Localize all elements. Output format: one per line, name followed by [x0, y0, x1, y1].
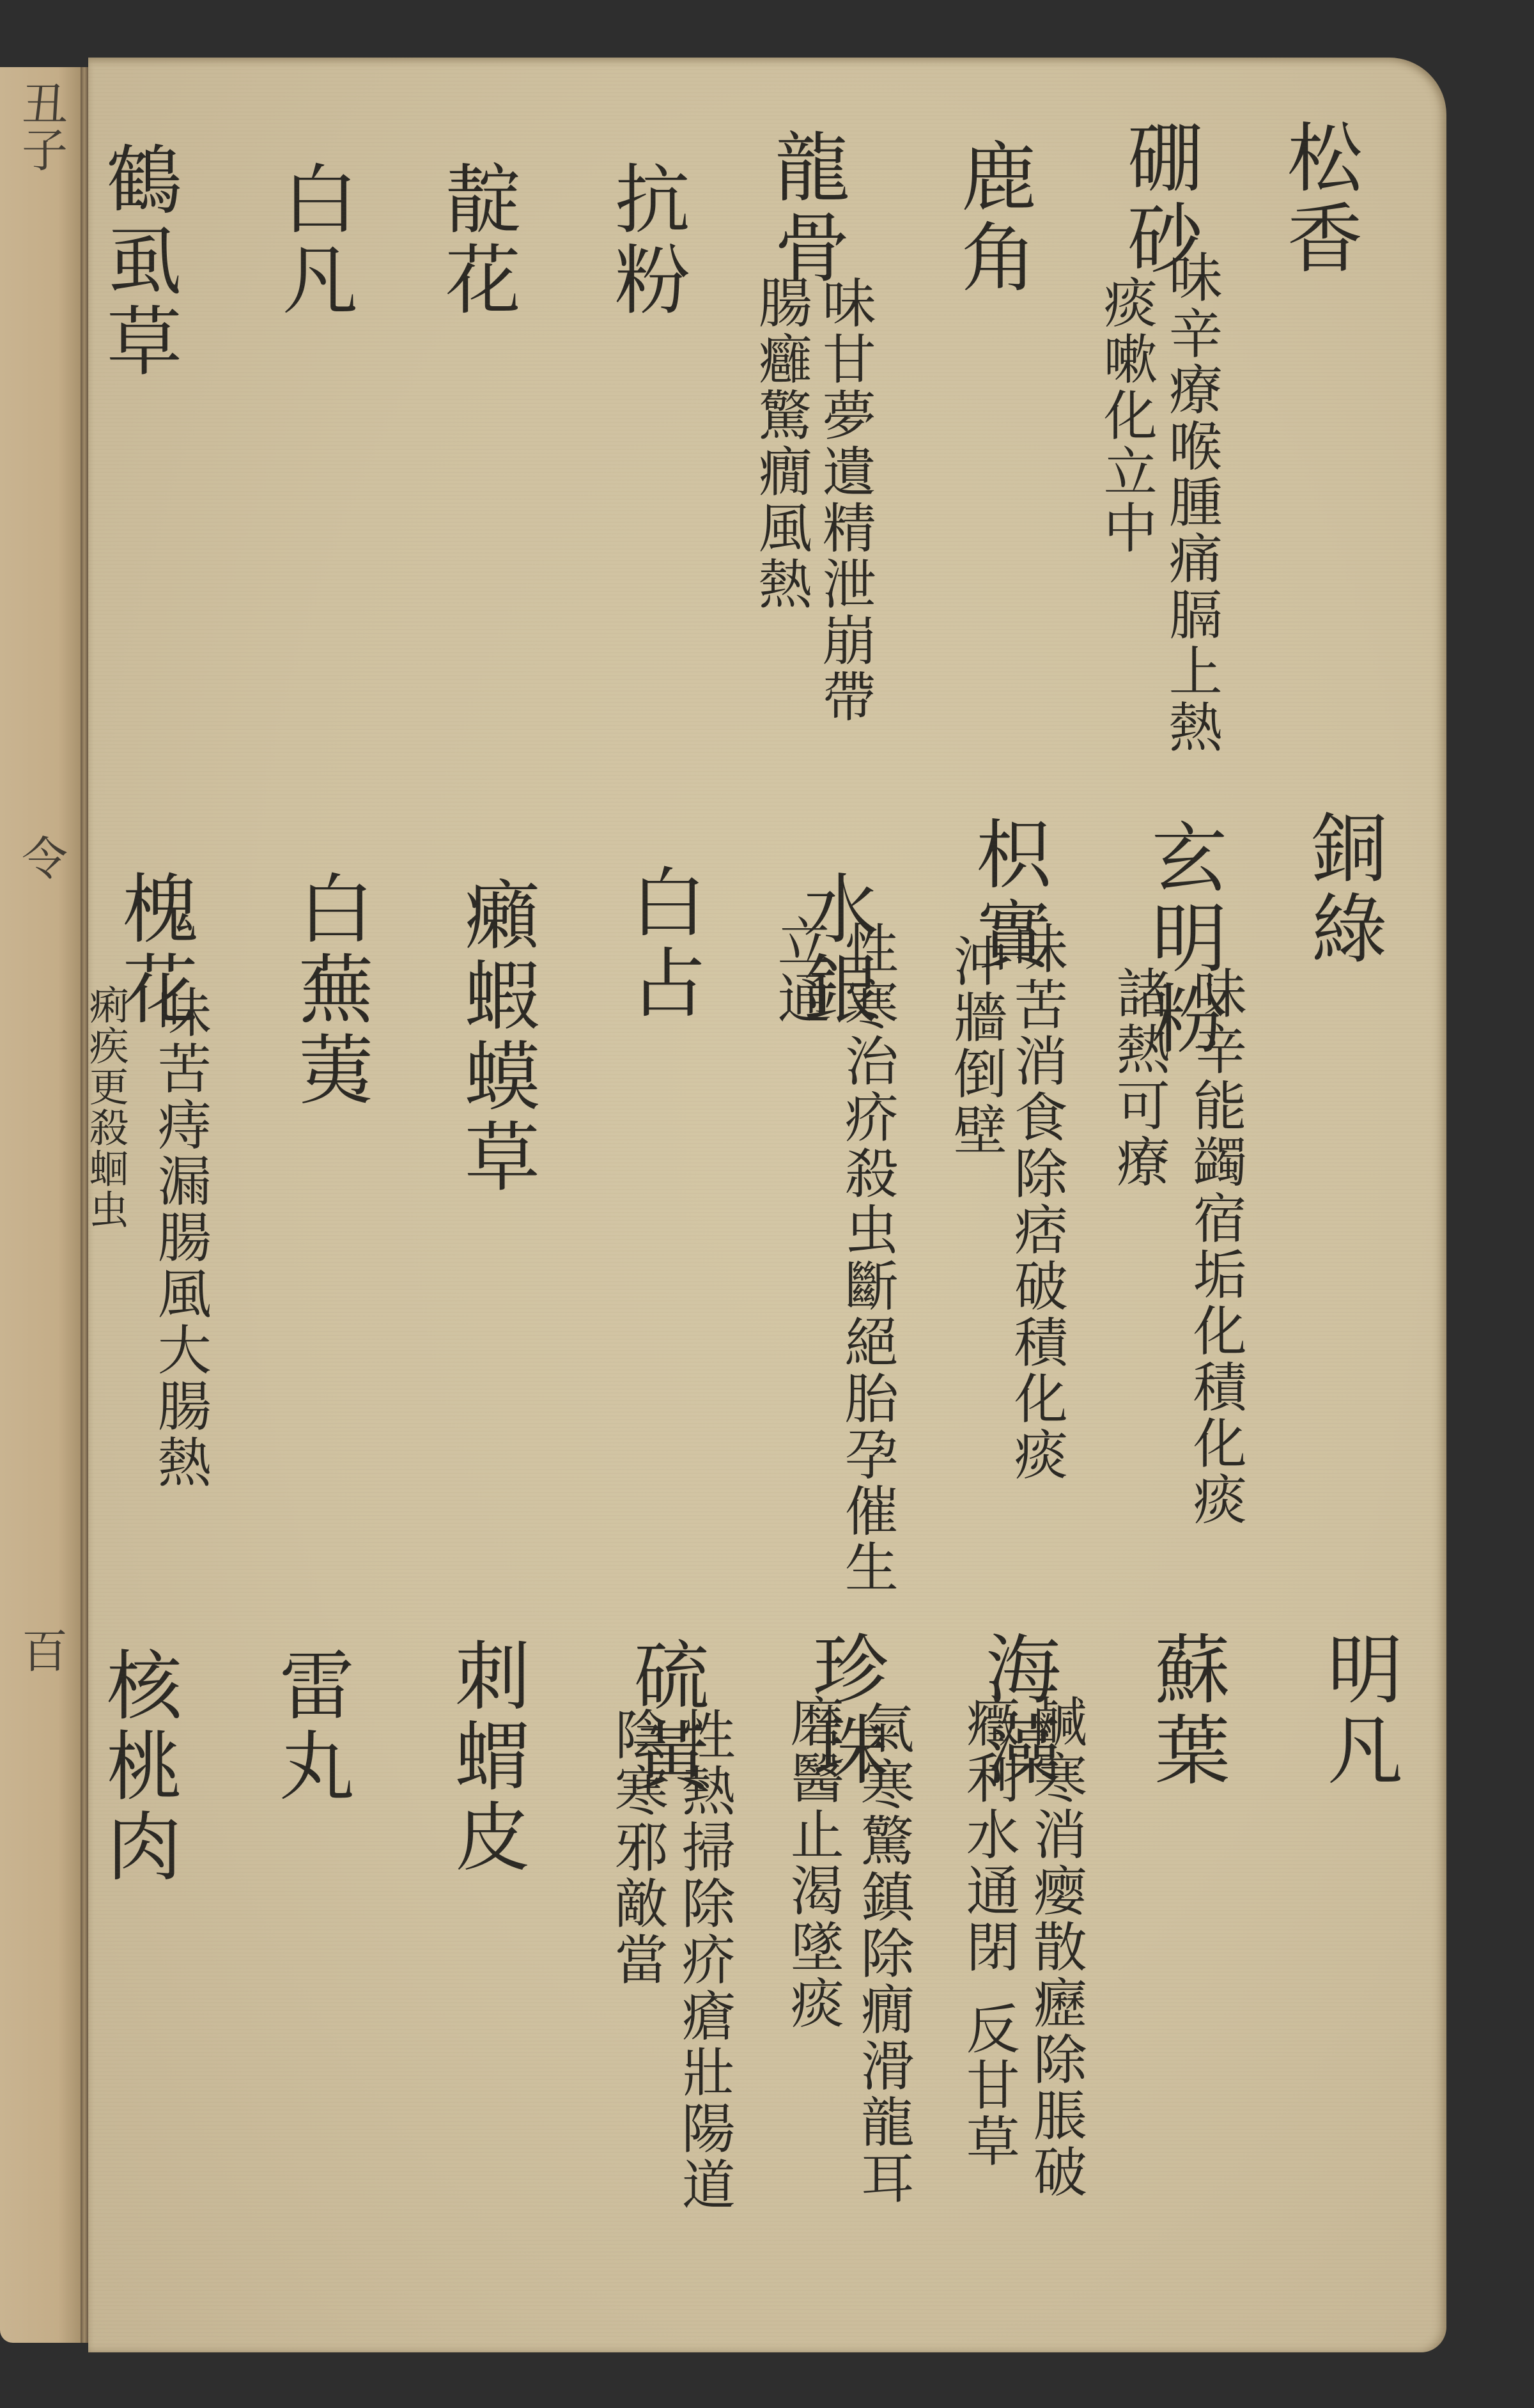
herb-name-baifan: 白凡	[274, 160, 353, 321]
herb-description: 味苦消食除痞破積化痰	[1009, 920, 1065, 1483]
manuscript-scan: 丑子 令 百 松香 硼砂 味辛療喉腫痛膈上熱 痰嗽化立中 鹿角 龍骨 味甘夢遺精…	[0, 0, 1534, 2408]
herb-name-mingfan: 明凡	[1319, 1630, 1398, 1791]
herb-name-heshicao: 鶴虱草	[98, 141, 177, 382]
herb-description: 氣寒驚鎮除癇滑龍耳	[855, 1700, 911, 2207]
previous-page-fragment: 令	[0, 834, 64, 880]
herb-name-laihamacao: 癩蝦蟆草	[456, 876, 535, 1198]
herb-name-baiwuyi: 白蕪荑	[290, 869, 369, 1111]
herb-note: 諸熱可療	[1111, 965, 1167, 1190]
previous-page-fragment: 丑子	[0, 80, 64, 172]
herb-description: 味辛療喉腫痛膈上熱	[1163, 249, 1220, 756]
herb-note: 立通	[772, 914, 828, 1027]
manuscript-page: 松香 硼砂 味辛療喉腫痛膈上熱 痰嗽化立中 鹿角 龍骨 味甘夢遺精泄崩帶 腸癰驚…	[88, 58, 1446, 2352]
herb-note: 痰嗽化立中	[1098, 275, 1154, 556]
herb-name-leiwan: 雷丸	[270, 1646, 350, 1807]
herb-name-tonglü: 銅綠	[1303, 809, 1382, 970]
herb-description: 性熱掃除疥瘡壯陽道	[676, 1707, 732, 2213]
herb-name-ciweipi: 刺蝟皮	[446, 1636, 525, 1878]
previous-page-edge: 丑子 令 百	[0, 67, 83, 2343]
herb-name-hetaorou: 核桃肉	[98, 1646, 177, 1888]
herb-description: 鹹寒消瘿散癧除脹破	[1028, 1694, 1084, 2200]
herb-name-longgu: 龍骨	[766, 128, 845, 289]
herb-note: 痢疾更殺蛔虫	[85, 984, 127, 1230]
herb-name-lujiao: 鹿角	[952, 137, 1032, 299]
herb-note: 癥利水通閉	[961, 1694, 1017, 1975]
herb-note: 腸癰驚癇風熱	[753, 275, 809, 612]
herb-caution: 反甘草	[961, 2001, 1017, 2170]
previous-page-fragment: 百	[0, 1627, 64, 1673]
herb-name-suye: 蘇葉	[1146, 1630, 1225, 1791]
herb-name-songxiang: 松香	[1278, 118, 1358, 279]
herb-description: 性寒治疥殺虫斷絕胎孕催生	[839, 920, 895, 1596]
herb-name-dianhua: 靛花	[437, 160, 516, 321]
herb-name-baizhan: 白占	[622, 863, 701, 1024]
herb-name-kangfen: 抗粉	[606, 160, 685, 321]
herb-note: 陰寒邪敵當	[609, 1707, 665, 1988]
herb-description: 味辛能蠲宿垢化積化痰	[1188, 965, 1244, 1528]
herb-note: 沖牆倒壁	[948, 933, 1004, 1158]
herb-note: 磨醫止渴墜痰	[785, 1694, 841, 2031]
herb-description: 味甘夢遺精泄崩帶	[817, 275, 873, 725]
herb-description: 味苦痔漏腸風大腸熱	[152, 984, 208, 1491]
